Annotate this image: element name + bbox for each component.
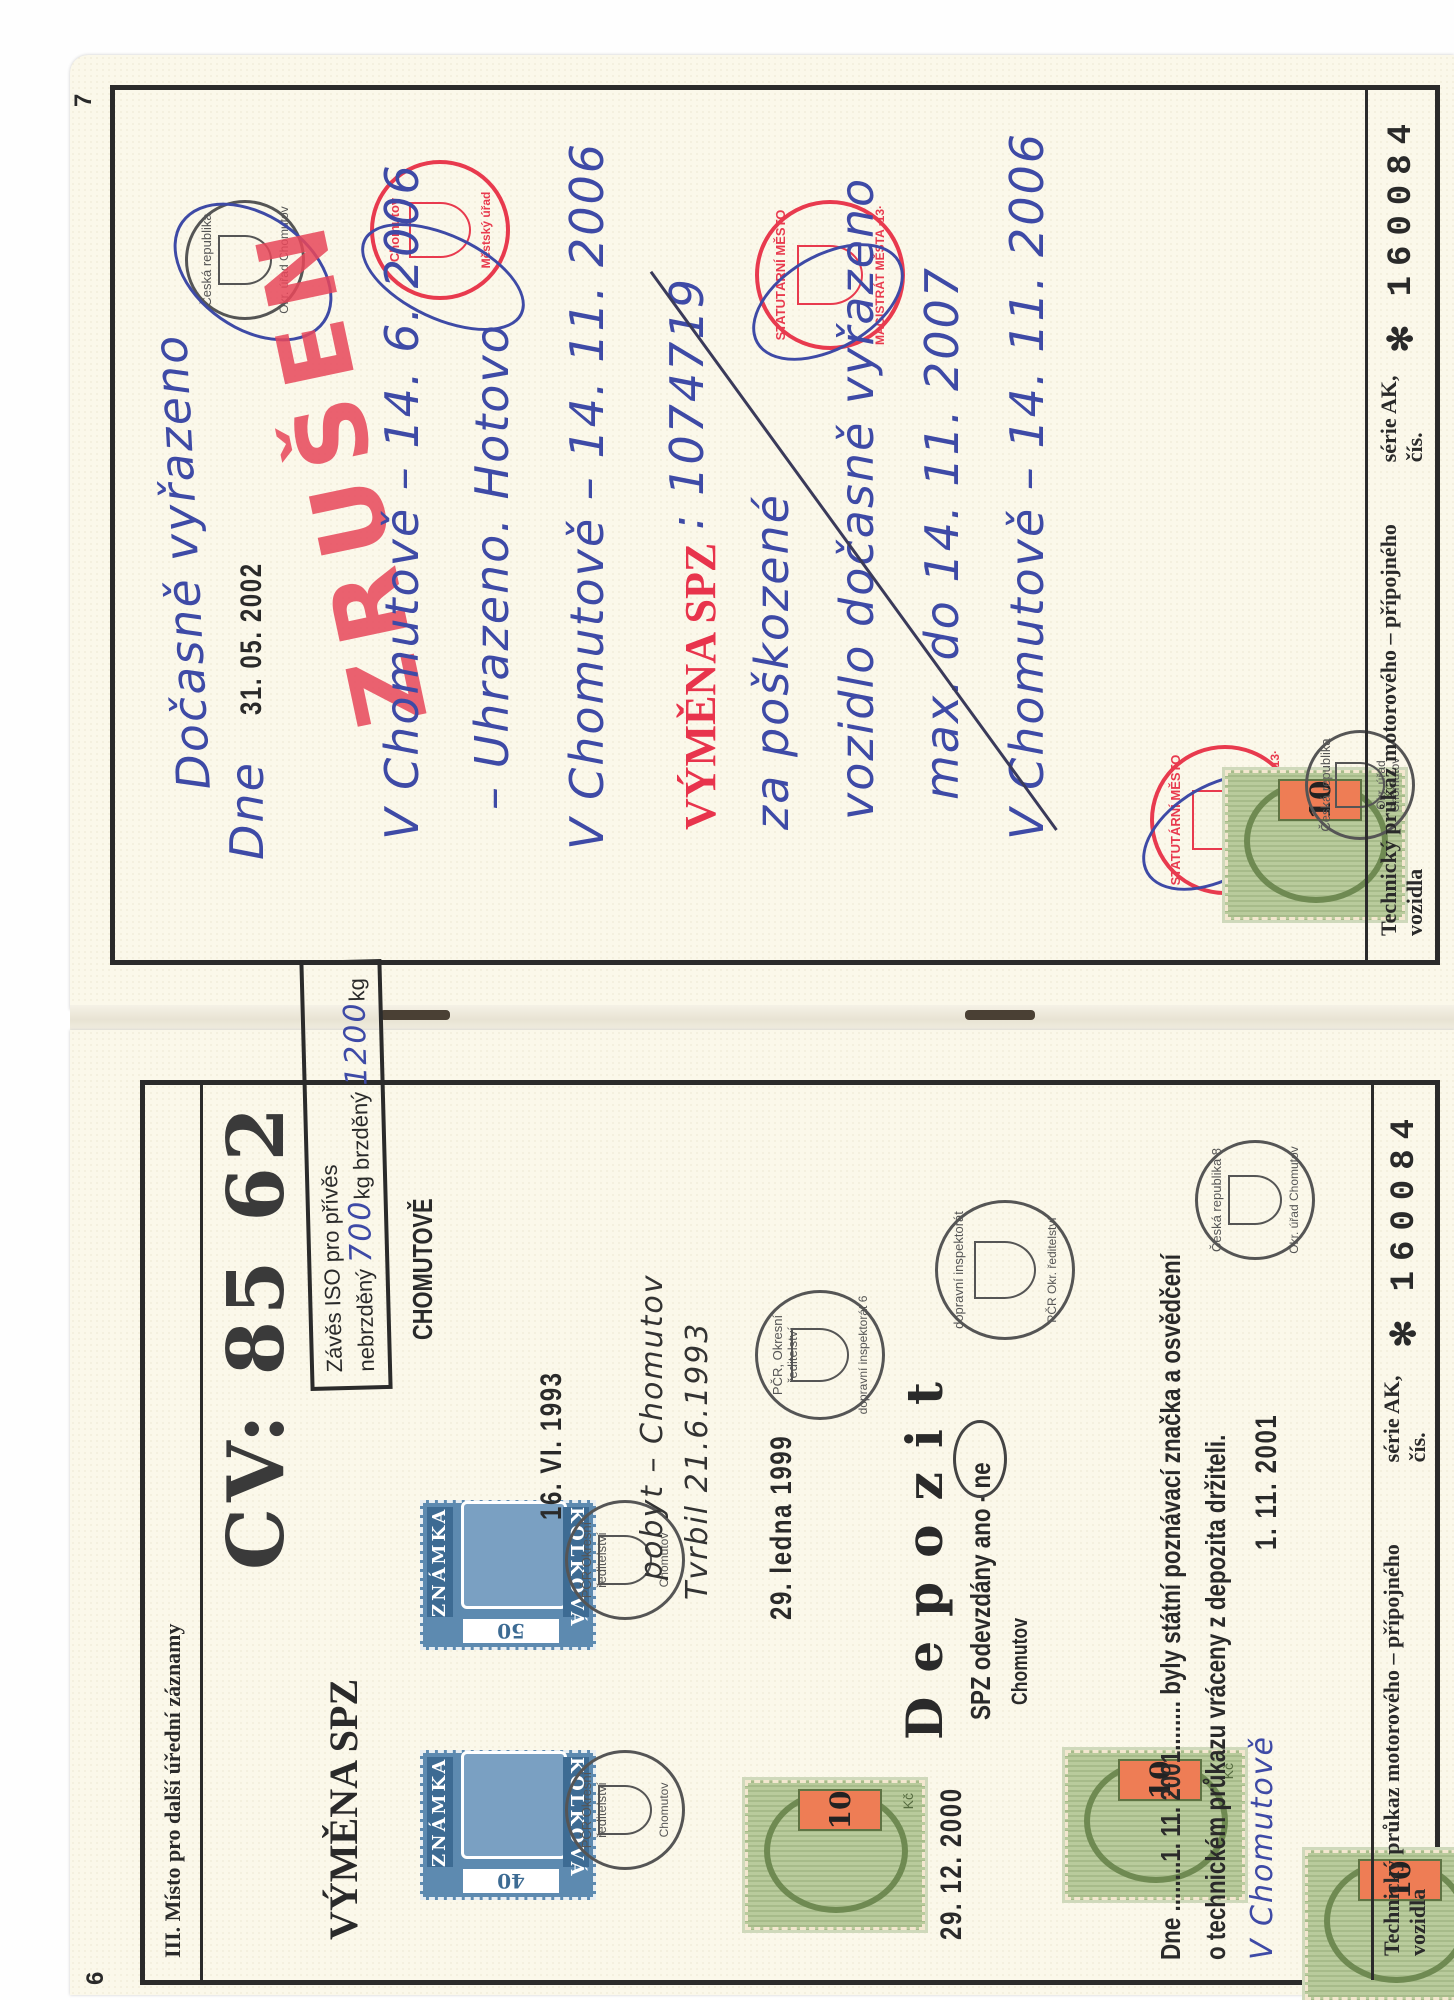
section-heading: III. Místo pro další úřední záznamy [145,1085,203,1980]
handwritten-v-chomutove: V Chomutově [1245,1735,1280,1960]
date-1999: 29. ledna 1999 [765,1435,799,1620]
stamp-pcr-dopravni-inspektorat: PČR, Okresní ředitelstvídopravní inspekt… [755,1290,885,1420]
staple-left [380,1010,450,1020]
handwritten-uhrazeno: – Uhrazeno. Hotovo [465,323,519,810]
handwritten-note-date: Tvrbil 21.6.1993 [680,1322,715,1600]
handwritten-v-chomutove-2006-06: V Chomutově – 14. 6. 2006 [375,163,429,840]
serial-block: ✻ 160084 [1384,1109,1426,1348]
serial-star-icon: ✻ [1384,1309,1426,1348]
footer: Technický průkaz motorového – přípojného… [1371,1085,1435,1980]
plate-exchange-heading: VÝMĚNA SPZ [675,543,726,830]
staple-right [965,1010,1035,1020]
handwritten-damaged: za poškozené [745,493,799,830]
handwritten-vehicle-removed: vozidlo dočasně vyřazeno [830,177,884,820]
page-number: 7 [70,94,98,107]
page-7: 7 Česká republikaOkr. úřad Chomutov Chom… [110,85,1440,965]
document-type: Technický průkaz motorového – přípojného… [1376,502,1428,936]
dne-line: Dne ........1. 11. 2001........ byly stá… [1155,1254,1187,1960]
handwritten-pobyt: pobyt – Chomutov [635,1274,670,1580]
stamp-dopravni-inspektorat-2: dopravní inspektorátPČR Okr. ředitelství [935,1200,1075,1340]
selected-option-circle [953,1420,1007,1498]
handwritten-v-chomutove-2006-11b: V Chomutově – 14. 11. 2006 [1000,132,1054,840]
towbar-box: Závěs ISO pro přívěs nebrzděný 700kg brz… [299,960,392,1391]
dne-date: 1. 11. 2001 [1155,1751,1186,1862]
depozit-line: SPZ odevzdány ano - ne [965,1462,997,1720]
page-frame: Česká republikaOkr. úřad Chomutov Chomut… [110,85,1440,965]
licence-plate-number: CV: 85 62 [211,1101,302,1570]
braked-weight: 1200 [337,1001,374,1086]
serial-star-icon: ✻ [1381,314,1423,353]
series-label: série AK, čís. [1376,353,1428,462]
serial-number: 160084 [1386,1109,1424,1291]
depozit-place: Chomutov [1007,1618,1033,1705]
dne-date-2: 1. 11. 2001 [1250,1414,1284,1550]
handwritten-v-chomutove-2006-11: V Chomutově – 14. 11. 2006 [560,142,614,850]
handwritten-dne: Dne [220,761,274,860]
dne-line-2: o technickém průkazu vráceny z depozita … [1200,1435,1232,1960]
revenue-stamp-10kc-1: 10 Kč [745,1780,925,1930]
date-2000: 29. 12. 2000 [935,1787,969,1940]
page-frame: III. Místo pro další úřední záznamy CV: … [140,1080,1440,1985]
stamp-pcr-1: PČR Okresní ředitelstvíChomutov [565,1750,685,1870]
handwritten-new-plate: : 1074719 [660,277,714,530]
date-1993: 16. VI. 1993 [535,1371,569,1520]
serial-number: 160084 [1383,114,1421,296]
page-number: 6 [82,1972,110,1985]
depozit-heading: Depozit [895,1358,954,1740]
handwritten-max-until: max. do 14. 11. 2007 [915,266,969,800]
page-6: 6 III. Místo pro další úřední záznamy CV… [140,1080,1440,1985]
cancel-date-stamp: 31. 05. 2002 [235,562,269,715]
stamp-ceska-republika-okr-urad: Česká republika 8Okr. úřad Chomutov [1195,1140,1315,1260]
footer: Technický průkaz motorového – přípojného… [1365,90,1435,960]
plate-exchange-heading: VÝMĚNA SPZ [320,1679,367,1940]
handwritten-temporary-removal: Dočasně vyřazeno [143,333,221,792]
place-stamp: CHOMUTOVĚ [407,1198,439,1340]
series-label: série AK, čís. [1379,1348,1431,1462]
unbraked-weight: 700 [343,1199,380,1263]
serial-block: ✻ 160084 [1381,114,1423,353]
document-type: Technický průkaz motorového – přípojného… [1379,1502,1431,1956]
